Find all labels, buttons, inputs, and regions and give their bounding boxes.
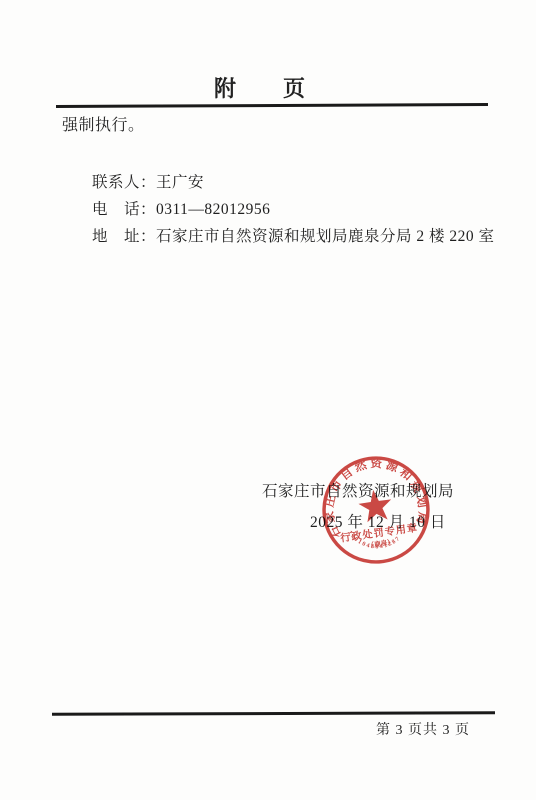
contact-person-line: 联系人：王广安 bbox=[92, 170, 204, 192]
intro-paragraph: 强制执行。 bbox=[62, 112, 145, 135]
document-page: 附 页 强制执行。 联系人：王广安 电 话：0311—82012956 地 址：… bbox=[0, 0, 536, 800]
contact-phone-line: 电 话：0311—82012956 bbox=[92, 197, 270, 219]
contact-address-line: 地 址：石家庄市自然资源和规划局鹿泉分局 2 楼 220 室 bbox=[92, 224, 495, 246]
page-title: 附 页 bbox=[0, 72, 520, 103]
official-seal: 石家庄市自然资源和规划局 行政处罚专用章 （鹿泉） 1301048841287 bbox=[320, 454, 432, 566]
header-divider bbox=[56, 103, 488, 107]
seal-star-icon bbox=[357, 488, 394, 524]
footer-page-number: 第 3 页共 3 页 bbox=[376, 719, 470, 739]
footer-divider bbox=[52, 711, 495, 715]
